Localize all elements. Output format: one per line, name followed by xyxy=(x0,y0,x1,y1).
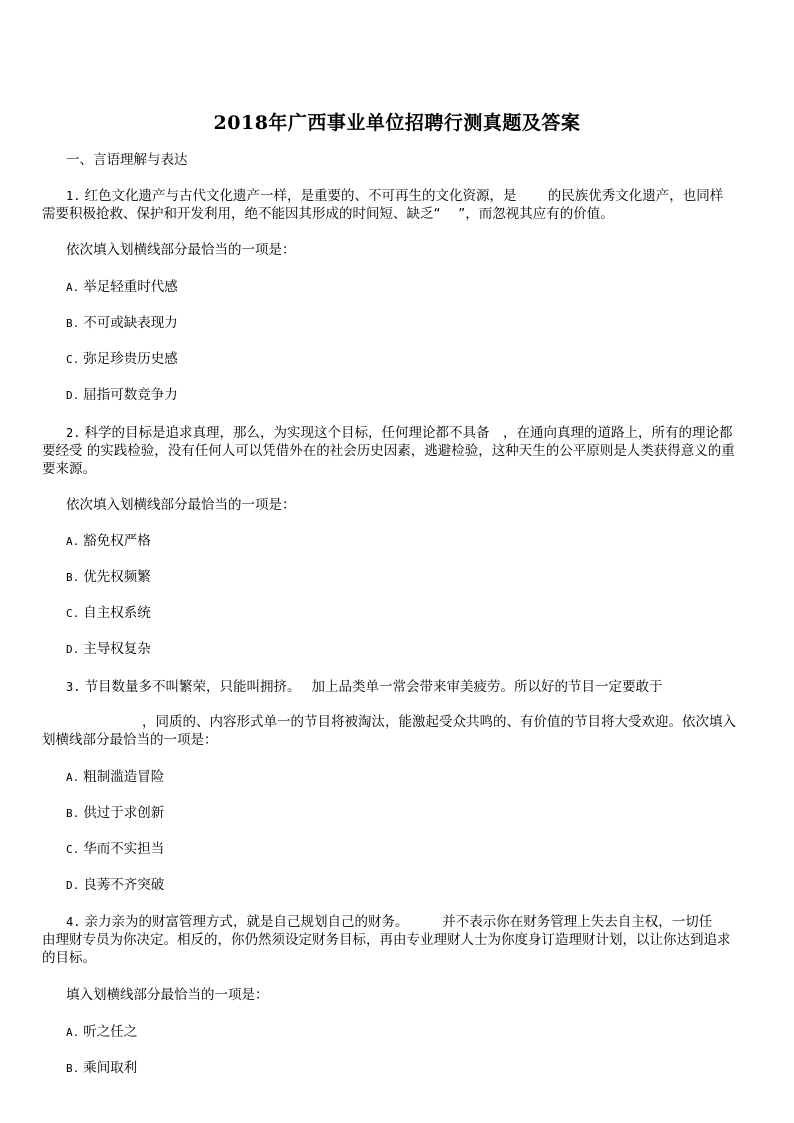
question-3-stem-line-3: 划横线部分最恰当的一项是： xyxy=(42,731,218,749)
question-2-option-b: B.优先权频繁 xyxy=(66,568,151,587)
question-1-stem: 1.红色文化遗产与古代文化遗产一样，是重要的、不可再生的文化资源，是 的民族优秀… xyxy=(42,187,754,223)
question-2-option-a: A.豁免权严格 xyxy=(66,532,151,551)
question-3-stem-line-2: ，同质的、内容形式单一的节目将被淘汰，能激起受众共鸣的、有价值的节目将大受欢迎。… xyxy=(142,713,736,731)
question-4-stem: 4.亲力亲为的财富管理方式，就是自己规划自己的财务。 并不表示你在财务管理上失去… xyxy=(42,913,754,967)
question-4-option-b: B.乘间取利 xyxy=(66,1059,137,1078)
question-2-prompt: 依次填入划横线部分最恰当的一项是： xyxy=(66,496,296,514)
question-1-option-d: D.屈指可数竞争力 xyxy=(66,386,178,405)
question-2-option-c: C.自主权系统 xyxy=(66,604,151,623)
question-3-option-c: C.华而不实担当 xyxy=(66,840,164,859)
question-1-option-c: C.弥足珍贵历史感 xyxy=(66,350,178,369)
section-heading: 一、言语理解与表达 xyxy=(66,151,188,169)
question-3-option-b: B.供过于求创新 xyxy=(66,804,164,823)
question-2-stem: 2.科学的目标是追求真理，那么，为实现这个目标，任何理论都不具备 ，在通向真理的… xyxy=(42,424,754,478)
question-3-option-a: A.粗制滥造冒险 xyxy=(66,768,164,787)
question-number: 1. xyxy=(66,189,80,203)
question-3-stem-line-1: 3.节目数量多不叫繁荣，只能叫拥挤。 加上品类单一常会带来审美疲劳。所以好的节目… xyxy=(66,678,663,696)
question-number: 2. xyxy=(66,426,80,440)
question-1-prompt: 依次填入划横线部分最恰当的一项是： xyxy=(66,241,296,259)
question-1-option-a: A.举足轻重时代感 xyxy=(66,278,178,297)
question-4-prompt: 填入划横线部分最恰当的一项是： xyxy=(66,986,269,1004)
question-3-option-d: D.良莠不齐突破 xyxy=(66,876,164,895)
question-2-option-d: D.主导权复杂 xyxy=(66,640,151,659)
question-1-option-b: B.不可或缺表现力 xyxy=(66,314,178,333)
question-number: 4. xyxy=(66,915,80,929)
question-4-option-a: A.听之任之 xyxy=(66,1023,137,1042)
document-title: 2018年广西事业单位招聘行测真题及答案 xyxy=(0,108,794,135)
